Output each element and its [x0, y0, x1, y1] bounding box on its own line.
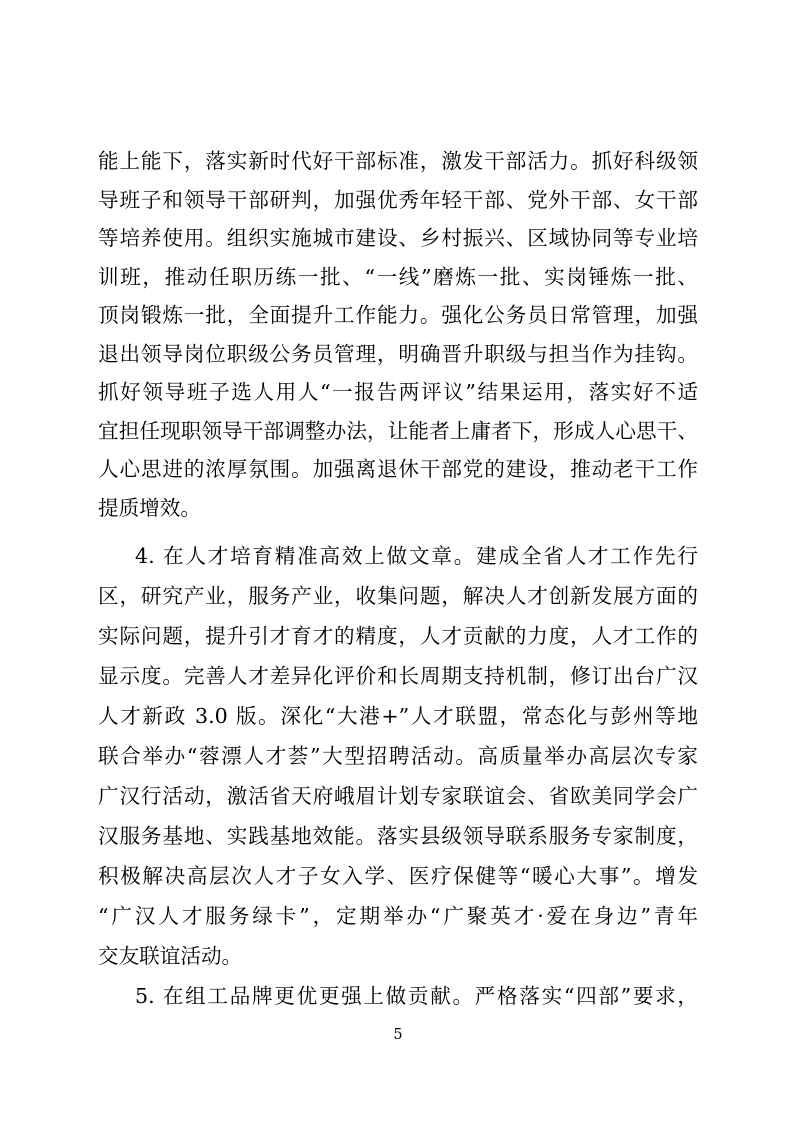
text-line: 顶岗锻炼一批，全面提升工作能力。强化公务员日常管理，加强	[98, 296, 698, 335]
text-line: 联合举办“蓉漂人才荟”大型招聘活动。高质量举办高层次专家	[98, 736, 698, 776]
paragraph-4-talent-cultivation: 4. 在人才培育精准高效上做文章。建成全省人才工作先行区，研究产业，服务产业，收…	[98, 536, 698, 976]
text-line: 4. 在人才培育精准高效上做文章。建成全省人才工作先行	[98, 536, 698, 576]
text-line: “广汉人才服务绿卡”，定期举办“广聚英才·爱在身边”青年	[98, 896, 698, 936]
document-page: 能上能下，落实新时代好干部标准，激发干部活力。抓好科级领导班子和领导干部研判，加…	[0, 0, 793, 1122]
text-line: 区，研究产业，服务产业，收集问题，解决人才创新发展方面的	[98, 576, 698, 616]
text-line: 实际问题，提升引才育才的精度，人才贡献的力度，人才工作的	[98, 616, 698, 656]
text-line: 能上能下，落实新时代好干部标准，激发干部活力。抓好科级领	[98, 142, 698, 181]
text-line: 5. 在组工品牌更优更强上做贡献。严格落实“四部”要求，	[98, 976, 698, 1016]
page-number: 5	[98, 1025, 698, 1045]
text-line: 人心思进的浓厚氛围。加强离退休干部党的建设，推动老干工作	[98, 450, 698, 489]
paragraph-5-brand-contribution: 5. 在组工品牌更优更强上做贡献。严格落实“四部”要求，	[98, 976, 698, 1016]
text-line: 广汉行活动，激活省天府峨眉计划专家联谊会、省欧美同学会广	[98, 776, 698, 816]
text-line: 等培养使用。组织实施城市建设、乡村振兴、区域协同等专业培	[98, 219, 698, 258]
text-line: 交友联谊活动。	[98, 936, 698, 976]
text-line: 退出领导岗位职级公务员管理，明确晋升职级与担当作为挂钩。	[98, 335, 698, 374]
document-body: 能上能下，落实新时代好干部标准，激发干部活力。抓好科级领导班子和领导干部研判，加…	[98, 142, 698, 1016]
text-line: 训班，推动任职历练一批、“一线”磨炼一批、实岗锤炼一批、	[98, 258, 698, 297]
text-line: 积极解决高层次人才子女入学、医疗保健等“暖心大事”。增发	[98, 856, 698, 896]
paragraph-cadre-management-continuation: 能上能下，落实新时代好干部标准，激发干部活力。抓好科级领导班子和领导干部研判，加…	[98, 142, 698, 527]
text-line: 导班子和领导干部研判，加强优秀年轻干部、党外干部、女干部	[98, 181, 698, 220]
text-line: 宜担任现职领导干部调整办法，让能者上庸者下，形成人心思干、	[98, 412, 698, 451]
text-line: 汉服务基地、实践基地效能。落实县级领导联系服务专家制度，	[98, 816, 698, 856]
text-line: 抓好领导班子选人用人“一报告两评议”结果运用，落实好不适	[98, 373, 698, 412]
text-line: 人才新政 3.0 版。深化“大港+”人才联盟，常态化与彭州等地	[98, 696, 698, 736]
text-line: 显示度。完善人才差异化评价和长周期支持机制，修订出台广汉	[98, 656, 698, 696]
text-line: 提质增效。	[98, 489, 698, 528]
